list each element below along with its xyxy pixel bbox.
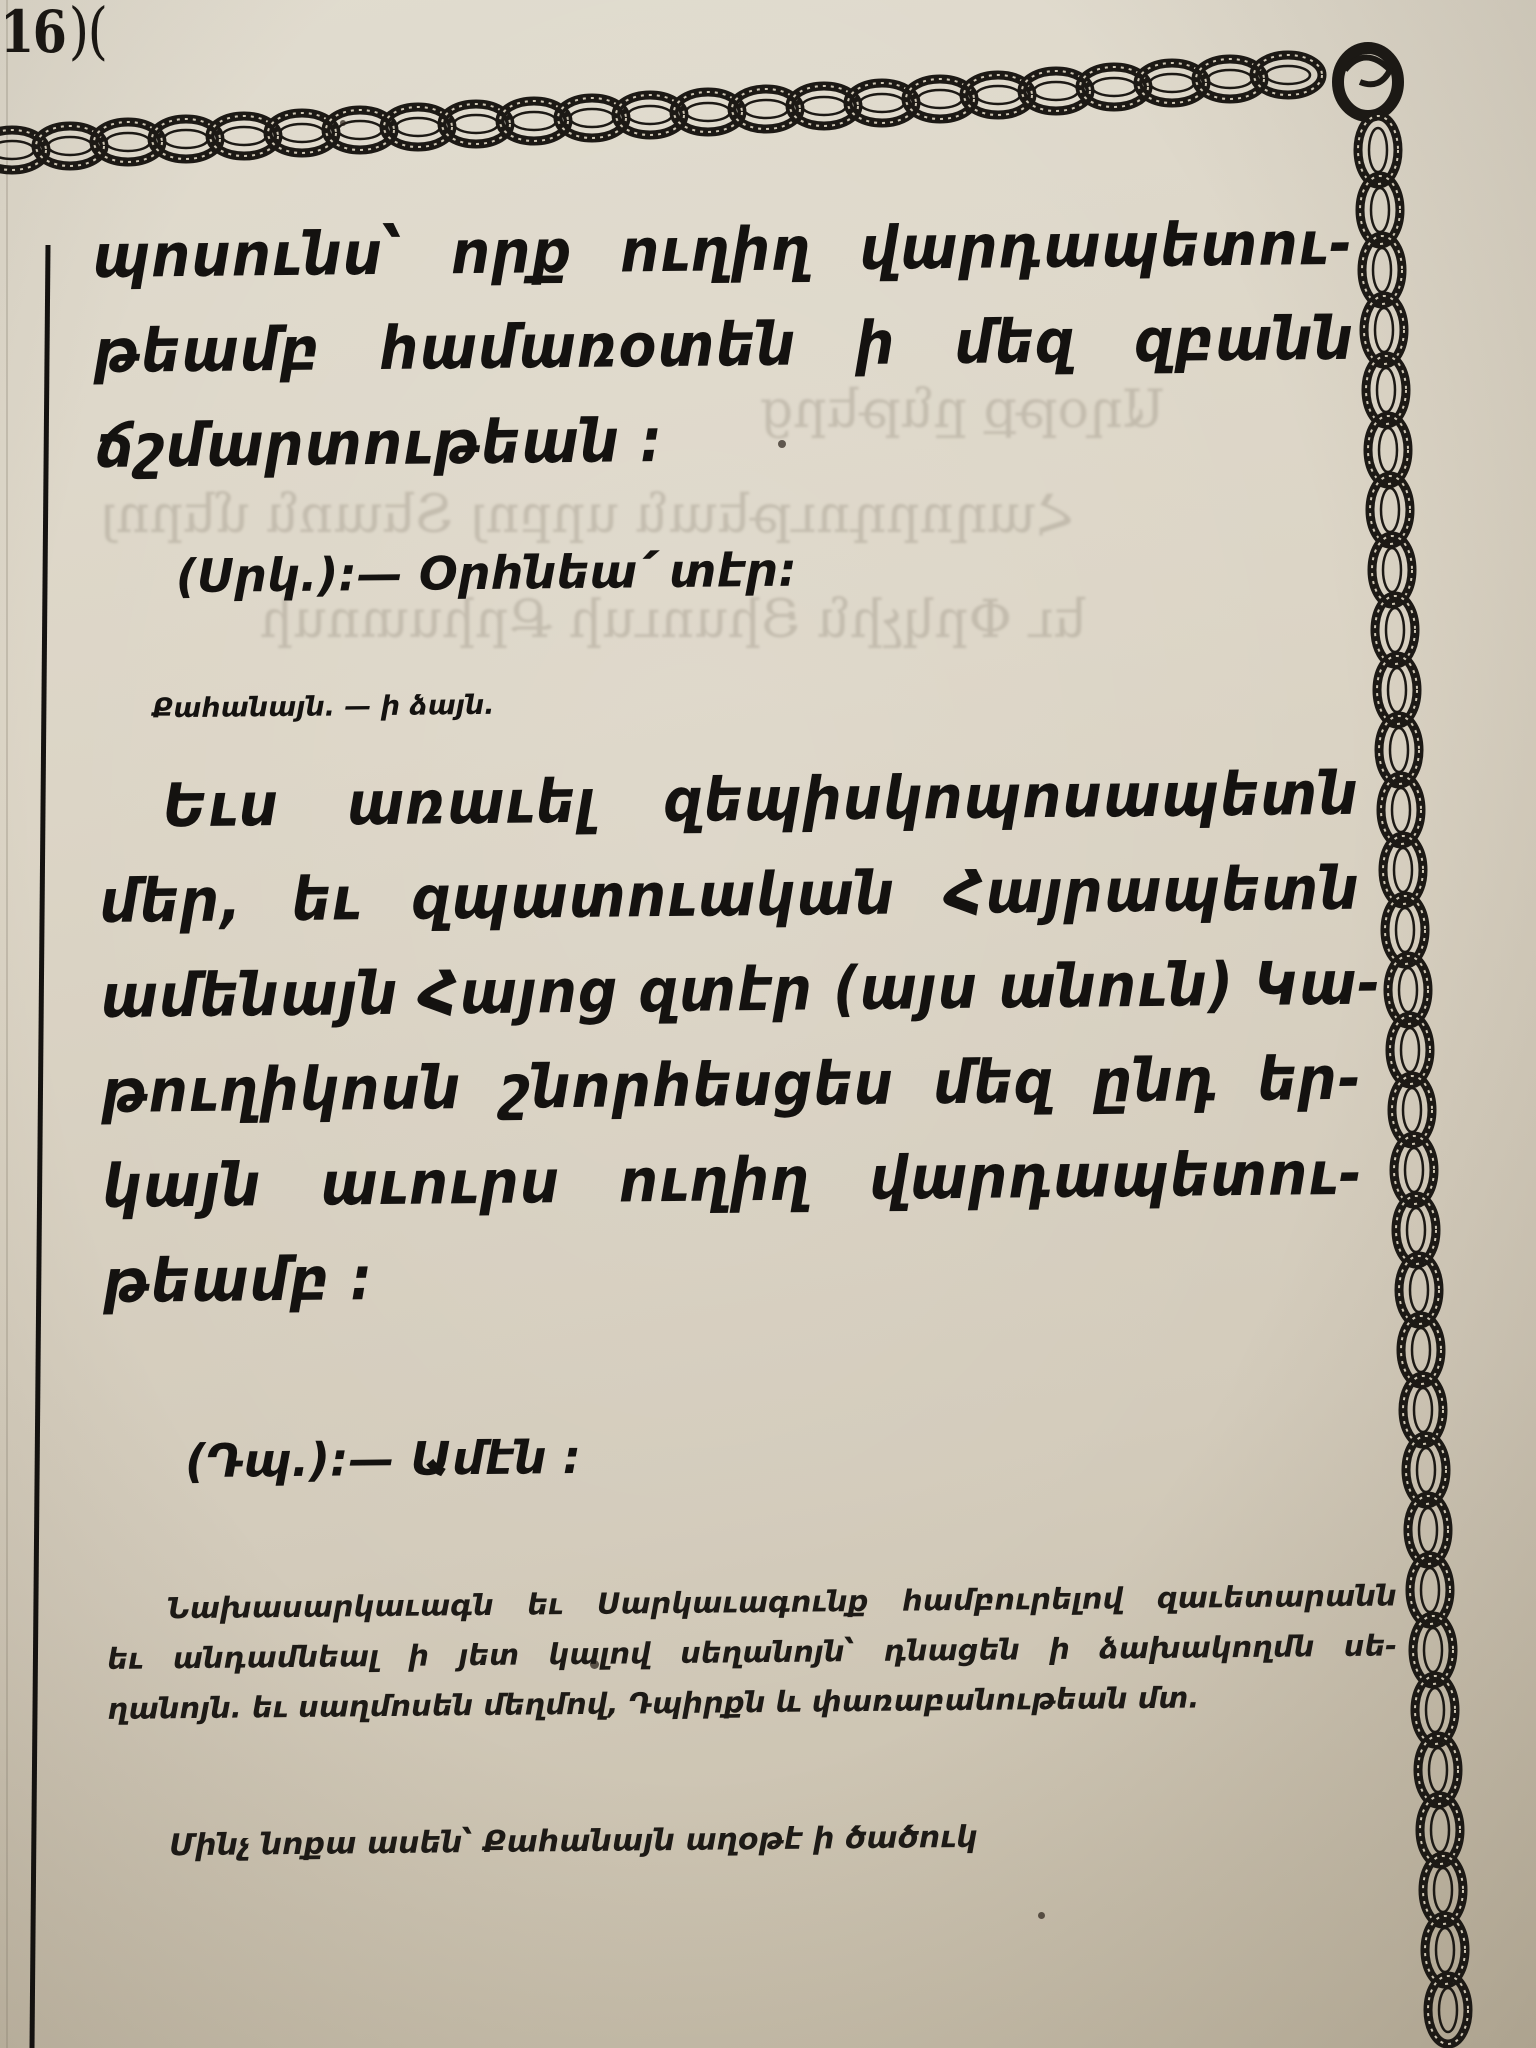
- response-text: Ամէն ։: [410, 1430, 581, 1486]
- paragraph-1: պոսունս՝ որք ուղիղ վարդապետու- թեամբ համ…: [92, 197, 1345, 495]
- text-line: Եւս առաւել զեպիսկոպոսապետն: [98, 747, 1359, 855]
- corner-ornament: [1338, 48, 1398, 116]
- speaker-label: (Սրկ.): [176, 547, 339, 603]
- text-line: կայն աւուրս ուղիղ վարդապետու-: [102, 1127, 1363, 1235]
- deacon-response: (Սրկ.)։— Օրհնեա՛ տէր։: [96, 537, 1346, 604]
- paper-speck: [1038, 1912, 1045, 1919]
- text-line: թուղիկոսն շնորհեսցես մեզ ընդ եր-: [101, 1032, 1362, 1140]
- left-column-rule: [32, 245, 48, 2048]
- text-line: թեամբ ։: [103, 1222, 1364, 1330]
- response-separator: ։—: [330, 1432, 395, 1487]
- right-chain-border: [1358, 116, 1468, 2044]
- top-chain-border: [0, 55, 1322, 170]
- text-line: թեամբ համառօտեն ի մեզ զբանն: [93, 292, 1354, 400]
- clerk-response: (Դպ.)։— Ամէն ։: [105, 1422, 1355, 1489]
- text-line: ամենայն Հայոց զտէր (այս անուն) Կա-: [100, 937, 1361, 1045]
- text-line: պոսունս՝ որք ուղիղ վարդապետու-: [92, 197, 1353, 305]
- paragraph-2: Եւս առաւել զեպիսկոպոսապետն մեր, եւ զպատո…: [98, 747, 1354, 1330]
- text-line: ճշմարտութեան ։: [94, 387, 1355, 495]
- page-text-block: պոսունս՝ որք ուղիղ վարդապետու- թեամբ համ…: [92, 197, 1359, 1864]
- rubric-instructions: Նախասարկաւագն եւ Սարկաւագունք համբուրելո…: [106, 1570, 1398, 1734]
- response-text: Օրհնեա՛ տէր։: [419, 543, 797, 601]
- speaker-label: (Դպ.): [185, 1433, 330, 1489]
- response-separator: ։—: [338, 547, 403, 602]
- text-line: մեր, եւ զպատուական Հայրապետն: [99, 842, 1360, 950]
- priest-rubric: Քահանայն. — ի ձայն.: [97, 681, 1347, 725]
- paper-speck: [340, 120, 346, 126]
